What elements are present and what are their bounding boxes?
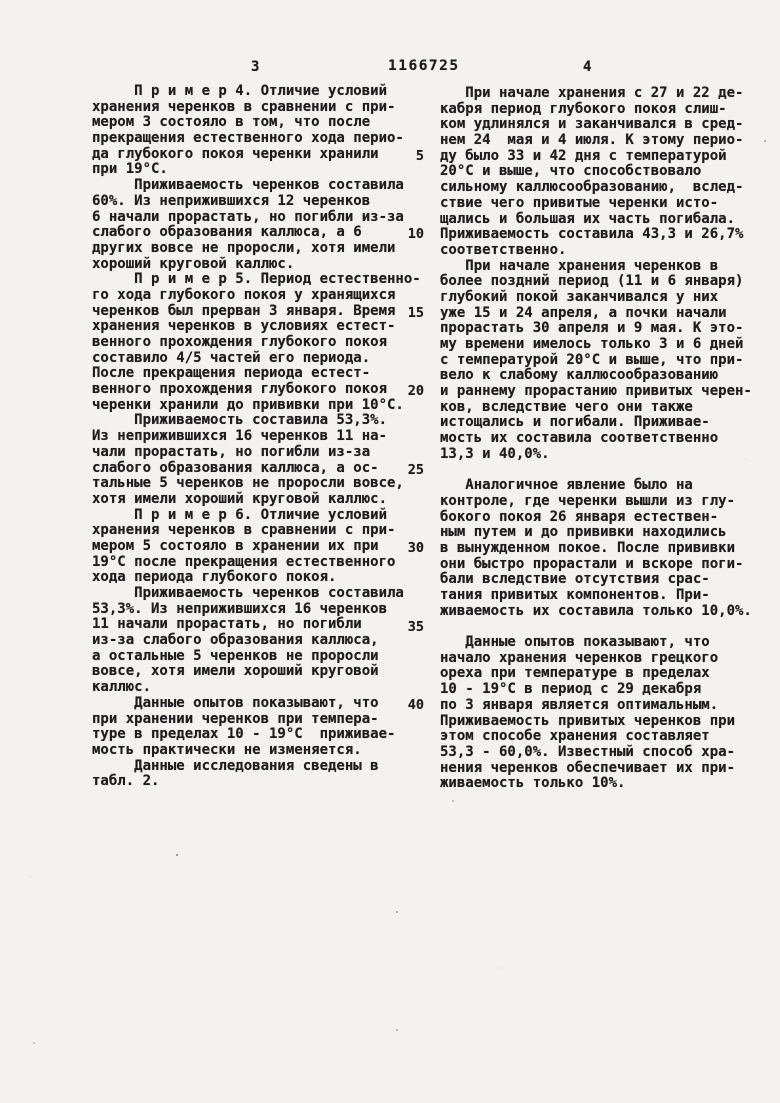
text-line: черенки хранили до прививки при 10°С. [92, 398, 426, 414]
text-line: они быстро прорастали и вскоре поги- [440, 557, 774, 573]
patent-number: 1166725 [388, 58, 460, 74]
line-number: 20 [394, 384, 424, 400]
text-line: П р и м е р 4. Отличие условий [92, 84, 426, 100]
text-line: контроле, где черенки вышли из глу- [440, 494, 774, 510]
text-column-right: При начале хранения с 27 и 22 де-кабря п… [440, 86, 774, 792]
text-line: 20°С и выше, что способствовало [440, 164, 774, 180]
text-line: ным путем и до прививки находились [440, 525, 774, 541]
text-line: кабря период глубокого покоя слиш- [440, 102, 774, 118]
text-line: Данные опытов показывают, что [440, 635, 774, 651]
text-line: составило 4/5 частей его периода. [92, 351, 426, 367]
text-line: Приживаемость привитых черенков при [440, 714, 774, 730]
text-line: Приживаемость черенков составила [92, 586, 426, 602]
text-line: 19°С после прекращения естественного [92, 555, 426, 571]
text-line: 11 начали прорастать, но погибли [92, 617, 426, 633]
text-line: Из неприжившихся 16 черенков 11 на- [92, 429, 426, 445]
text-line: мером 3 состояло в том, что после [92, 115, 426, 131]
page-number-left: 3 [251, 59, 259, 75]
line-number: 5 [394, 149, 424, 165]
text-line: хранения черенков в сравнении с при- [92, 523, 426, 539]
gutter-line-numbers: 510152025303540 [394, 86, 424, 786]
line-number: 30 [394, 541, 424, 557]
text-line: при 19°С. [92, 162, 426, 178]
text-line: живаемость их составила только 10,0%. [440, 604, 774, 620]
text-line: хранения черенков в сравнении с при- [92, 100, 426, 116]
text-line: хода периода глубокого покоя. [92, 570, 426, 586]
text-line: при хранении черенков при темпера- [92, 712, 426, 728]
line-number: 40 [394, 698, 424, 714]
text-line: каллюс. [92, 680, 426, 696]
text-line: да глубокого покоя черенки хранили [92, 147, 426, 163]
text-line: 10 - 19°С в период с 29 декабря [440, 682, 774, 698]
text-line: 53,3 - 60,0%. Известный способ хра- [440, 745, 774, 761]
text-line: тальные 5 черенков не проросли вовсе, [92, 476, 426, 492]
text-line: вовсе, хотя имели хороший круговой [92, 664, 426, 680]
text-line: нения черенков обеспечивает их при- [440, 761, 774, 777]
text-line [440, 619, 774, 635]
text-line: из-за слабого образования каллюса, [92, 633, 426, 649]
line-number: 10 [394, 227, 424, 243]
text-line: истощались и погибали. Приживае- [440, 415, 774, 431]
text-line: более поздний период (11 и 6 января) [440, 274, 774, 290]
text-line: П р и м е р 6. Отличие условий [92, 508, 426, 524]
text-line: этом способе хранения составляет [440, 729, 774, 745]
text-line: Приживаемость составила 53,3%. [92, 413, 426, 429]
text-line: хранения черенков в условиях естест- [92, 319, 426, 335]
text-line: ствие чего привитые черенки исто- [440, 196, 774, 212]
text-line: чали прорастать, но погибли из-за [92, 445, 426, 461]
text-line: живаемость только 10%. [440, 776, 774, 792]
text-line: Приживаемость составила 43,3 и 26,7% [440, 227, 774, 243]
text-line: ком удлинялся и заканчивался в сред- [440, 117, 774, 133]
text-line: ореха при температуре в пределах [440, 666, 774, 682]
text-line: При начале хранения с 27 и 22 де- [440, 86, 774, 102]
text-line: сильному каллюсообразованию, вслед- [440, 180, 774, 196]
text-line: Приживаемость черенков составила [92, 178, 426, 194]
text-line: венного прохождения глубокого покоя [92, 335, 426, 351]
text-line: нем 24 мая и 4 июля. К этому перио- [440, 133, 774, 149]
text-line: хотя имели хороший круговой каллюс. [92, 492, 426, 508]
text-line: соответственно. [440, 243, 774, 259]
scanned-patent-page: 3 1166725 4 П р и м е р 4. Отличие услов… [0, 0, 780, 1103]
text-line: хороший круговой каллюс. [92, 257, 426, 273]
text-line: Данные опытов показывают, что [92, 696, 426, 712]
text-line: черенков был прерван 3 января. Время [92, 304, 426, 320]
text-line: глубокий покой заканчивался у них [440, 290, 774, 306]
text-line: П р и м е р 5. Период естественно- [92, 272, 426, 288]
text-line: слабого образования каллюса, а ос- [92, 461, 426, 477]
text-line: тания привитых компонентов. При- [440, 588, 774, 604]
text-line: венного прохождения глубокого покоя [92, 382, 426, 398]
text-line: и раннему прорастанию привитых черен- [440, 384, 774, 400]
text-line: начало хранения черенков грецкого [440, 651, 774, 667]
text-line: по 3 января является оптимальным. [440, 698, 774, 714]
line-number: 35 [394, 620, 424, 636]
line-number: 25 [394, 463, 424, 479]
text-line: 6 начали прорастать, но погибли из-за [92, 210, 426, 226]
text-line: щались и большая их часть погибала. [440, 212, 774, 228]
text-line: После прекращения периода естест- [92, 366, 426, 382]
text-line: слабого образования каллюса, а 6 [92, 225, 426, 241]
text-column-left: П р и м е р 4. Отличие условийхранения ч… [92, 84, 426, 790]
text-line: При начале хранения черенков в [440, 259, 774, 275]
text-line: прорастать 30 апреля и 9 мая. К это- [440, 321, 774, 337]
text-line: туре в пределах 10 - 19°С приживае- [92, 727, 426, 743]
text-line: а остальные 5 черенков не проросли [92, 649, 426, 665]
text-line: бокого покоя 26 января естествен- [440, 510, 774, 526]
text-line: мость их составила соответственно [440, 431, 774, 447]
text-line: уже 15 и 24 апреля, а почки начали [440, 306, 774, 322]
page-number-right: 4 [583, 59, 591, 75]
text-line: го хода глубокого покоя у хранящихся [92, 288, 426, 304]
text-line: 60%. Из неприжившихся 12 черенков [92, 194, 426, 210]
text-line: Данные исследования сведены в [92, 759, 426, 775]
text-line: Аналогичное явление было на [440, 478, 774, 494]
text-line: прекращения естественного хода перио- [92, 131, 426, 147]
line-number: 15 [394, 306, 424, 322]
text-line: му времени имелось только 3 и 6 дней [440, 337, 774, 353]
text-line: табл. 2. [92, 774, 426, 790]
text-line [440, 463, 774, 479]
text-line: 13,3 и 40,0%. [440, 447, 774, 463]
text-line: мость практически не изменяется. [92, 743, 426, 759]
text-line: мером 5 состояло в хранении их при [92, 539, 426, 555]
text-line: вело к слабому каллюсообразованию [440, 368, 774, 384]
text-line: других вовсе не проросли, хотя имели [92, 241, 426, 257]
text-line: в вынужденном покое. После прививки [440, 541, 774, 557]
text-line: бали вследствие отсутствия срас- [440, 572, 774, 588]
scan-noise [0, 0, 2, 2]
